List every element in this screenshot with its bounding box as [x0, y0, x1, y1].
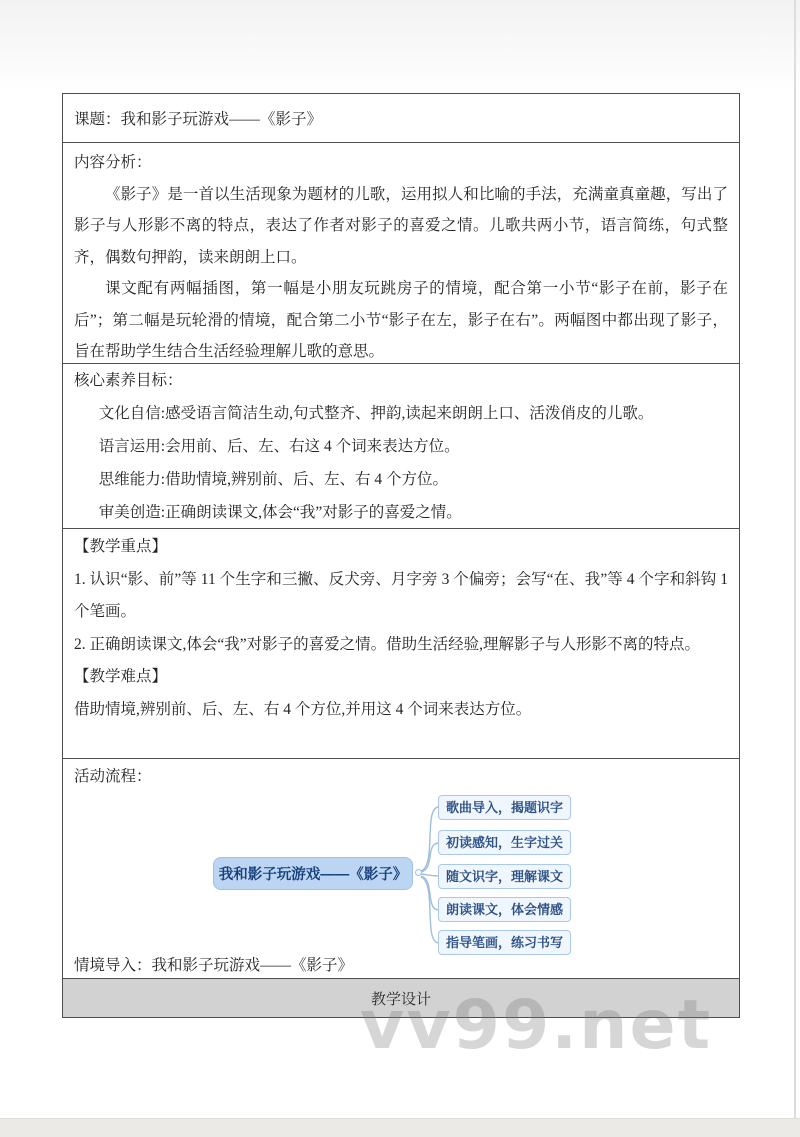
mindmap-branch-5: 指导笔画，练习书写: [438, 930, 571, 955]
key-point-1: 1. 认识“影、前”等 11 个生字和三撇、反犬旁、月字旁 3 个偏旁；会写“在…: [74, 564, 728, 629]
mindmap-node-connector-dot: [415, 869, 422, 876]
difficult-points-text: 借助情境,辨别前、后、左、右 4 个方位,并用这 4 个词来表达方位。: [74, 694, 728, 727]
row-core-goals: 核心素养目标： 文化自信:感受语言简洁生动,句式整齐、押韵,读起来朗朗上口、活泼…: [63, 363, 739, 528]
page-bottom-band: [0, 1118, 800, 1137]
row-activity-flow: 活动流程： 我和影子玩游戏——《影子》 歌曲导入，揭题识字 初读: [63, 758, 739, 978]
mindmap-center-node: 我和影子玩游戏——《影子》: [213, 857, 413, 890]
goal-item-language: 语言运用:会用前、后、左、右这 4 个词来表达方位。: [74, 430, 728, 463]
mindmap-branch-4: 朗读课文，体会情感: [438, 897, 571, 922]
content-analysis-label: 内容分析：: [74, 147, 728, 179]
row-content-analysis: 内容分析： 《影子》是一首以生活现象为题材的儿歌，运用拟人和比喻的手法，充满童真…: [63, 142, 739, 363]
mindmap-center-label: 我和影子玩游戏——《影子》: [219, 863, 408, 884]
core-goals-label: 核心素养目标：: [74, 364, 728, 397]
row-section-header: 教学设计: [63, 978, 739, 1017]
mindmap-branch-2: 初读感知，生字过关: [438, 830, 571, 855]
page-top-shading: [0, 0, 800, 92]
goal-item-culture: 文化自信:感受语言简洁生动,句式整齐、押韵,读起来朗朗上口、活泼俏皮的儿歌。: [74, 397, 728, 430]
lesson-title: 课题：我和影子玩游戏——《影子》: [74, 107, 322, 129]
mindmap-branch-1: 歌曲导入，揭题识字: [438, 795, 571, 820]
goal-item-aesthetics: 审美创造:正确朗读课文,体会“我”对影子的喜爱之情。: [74, 496, 728, 528]
key-points-label: 【教学重点】: [74, 531, 728, 564]
activity-flow-mindmap: 我和影子玩游戏——《影子》 歌曲导入，揭题识字 初读感知，生字过关 随文识字，理…: [63, 759, 739, 978]
situation-intro-text: 情境导入：我和影子玩游戏——《影子》: [74, 953, 353, 978]
goal-item-thinking: 思维能力:借助情境,辨别前、后、左、右 4 个方位。: [74, 463, 728, 496]
row-teaching-points: 【教学重点】 1. 认识“影、前”等 11 个生字和三撇、反犬旁、月字旁 3 个…: [63, 528, 739, 758]
row-lesson-title: 课题：我和影子玩游戏——《影子》: [63, 94, 739, 142]
content-analysis-para2: 课文配有两幅插图，第一幅是小朋友玩跳房子的情境，配合第一小节“影子在前，影子在后…: [74, 273, 728, 363]
content-analysis-para1: 《影子》是一首以生活现象为题材的儿歌，运用拟人和比喻的手法，充满童真童趣，写出了…: [74, 179, 728, 274]
mindmap-branch-3: 随文识字，理解课文: [438, 864, 571, 889]
page: vv99.net 课题：我和影子玩游戏——《影子》 内容分析： 《影子》是一首以…: [0, 0, 800, 1137]
key-point-2: 2. 正确朗读课文,体会“我”对影子的喜爱之情。借助生活经验,理解影子与人形影不…: [74, 629, 728, 662]
section-header-label: 教学设计: [371, 988, 431, 1009]
difficult-points-label: 【教学难点】: [74, 661, 728, 694]
page-right-edge-line: [794, 0, 796, 1137]
lesson-plan-table: 课题：我和影子玩游戏——《影子》 内容分析： 《影子》是一首以生活现象为题材的儿…: [62, 93, 740, 1018]
